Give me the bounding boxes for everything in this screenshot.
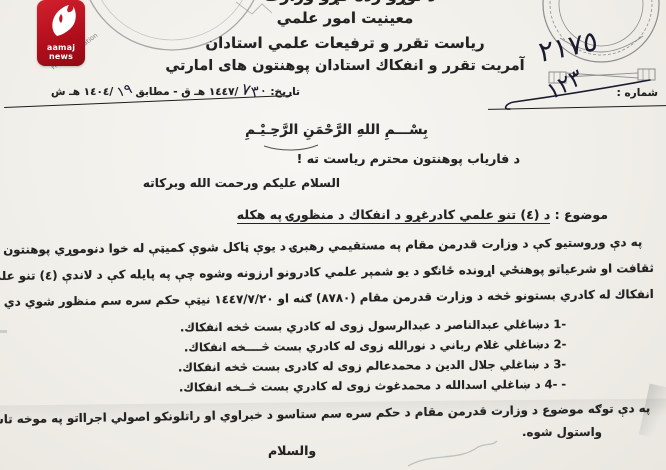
list-item: 1-دښاغلي عبدالناصر د عبدالرسول زوى له كا… — [180, 317, 566, 334]
flame-logo-icon — [43, 3, 79, 39]
header-directorate: رياست تقرر و ترفيعات علمي استادان — [150, 34, 540, 52]
greeting-line: السلام عليكم ورحمت الله وبركاته — [143, 176, 340, 190]
addressee-line: د فارياب پوهنتون محترم رياست ته ! — [297, 151, 520, 166]
aamaj-news-badge: aamaj news — [37, 0, 85, 66]
badge-brand-line2: news — [49, 53, 73, 62]
handwritten-serial-sub: ١٢٣ — [544, 64, 586, 106]
list-item-text: دښاغلي غلام رباني د نورالله زوى له كادري… — [184, 337, 550, 354]
scanned-letter-page: { "brand_badge": { "line1": "aamaj", "li… — [0, 0, 666, 470]
subject-text: د (٤) تنو علمي كادرغړو د انفكاك د منظورۍ… — [237, 207, 550, 224]
list-item-number: 3- — [553, 357, 566, 371]
list-item-number: 1- — [553, 317, 566, 331]
basmala: بِسْـــمِ اللهِ الرَّحْمَنِ الرَّحِـيْـم… — [252, 122, 428, 138]
basmala-flourish — [264, 145, 318, 150]
body-line-1: په دې وروستيو كې د وزارت قدرمن مقام په م… — [0, 235, 642, 258]
list-item-number: 2- — [553, 337, 566, 351]
list-item: 4- -د ښاغلي اسدالله د محمدغوث زوى له كاد… — [179, 377, 566, 394]
subject-label: موضوع : — [555, 207, 608, 222]
body-line-3: انفكاك له كادري بستونو څخه د وزارت قدرمن… — [0, 287, 654, 309]
header-amiriat: آمريت تقرر و انفكاك استادان پوهنتون هاى … — [150, 58, 540, 74]
body-line-2: ثقافت او شرعياتو پوهنځي اړونده ځانګو د ي… — [0, 261, 654, 284]
header-deputy-ministry: معينيت امور علمي — [150, 9, 540, 27]
ministry-title-clipped: د لوړو زده كړو وزارت — [215, 0, 485, 5]
list-item-number: 4- - — [544, 377, 566, 391]
date-shamsi-printed: /١٤٠٤ هـ ش — [51, 86, 113, 98]
list-item: 2-دښاغلي غلام رباني د نورالله زوى له كاد… — [184, 337, 566, 354]
handwritten-serial-block: ٢١٧٥ ١٢٣ — [520, 28, 666, 112]
list-item-text: دښاغلي عبدالناصر د عبدالرسول زوى له كادر… — [180, 317, 549, 334]
handwritten-shamsi: ١٩ — [115, 81, 134, 101]
signature-stroke — [408, 441, 497, 466]
date-hijri-printed: /١٤٤٧ هـ ق - مطابق — [136, 86, 239, 98]
list-item-text: د ښاغلي اسدالله د محمدغوث زوى له كادري ب… — [179, 377, 541, 394]
handwritten-serial-number: ٢١٧٥ — [537, 24, 599, 70]
closing-line-2: واستول شوه. — [522, 425, 602, 439]
list-item-text: د ښاغلي جلال الدين د محمدعالم زوى له كاد… — [178, 357, 549, 374]
subject-line: موضوع : د (٤) تنو علمي كادرغړو د انفكاك … — [237, 207, 608, 222]
list-item: 3-د ښاغلي جلال الدين د محمدعالم زوى له ك… — [178, 357, 566, 374]
signoff: والسلام — [268, 443, 316, 458]
